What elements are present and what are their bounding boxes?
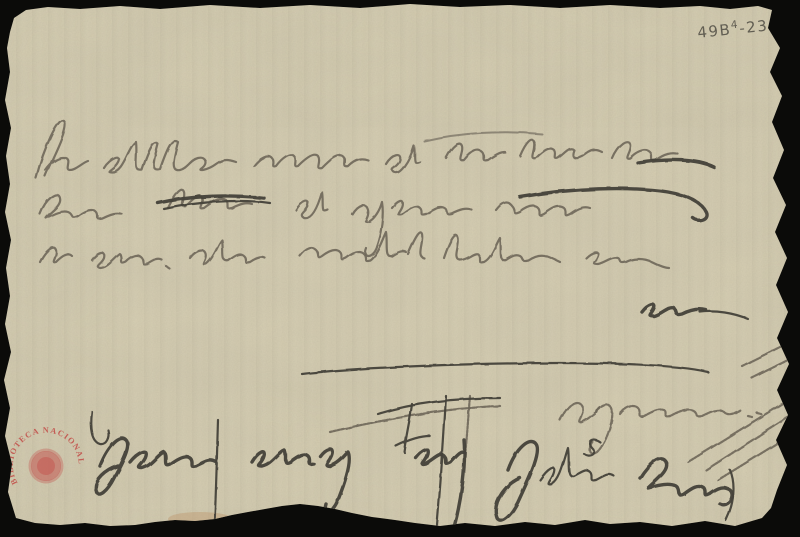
manuscript-photo: 49B4-23: [0, 0, 800, 537]
paper-stain: [168, 512, 232, 526]
paper-striation: [0, 0, 800, 537]
scan-background: 49B4-23: [0, 0, 800, 537]
